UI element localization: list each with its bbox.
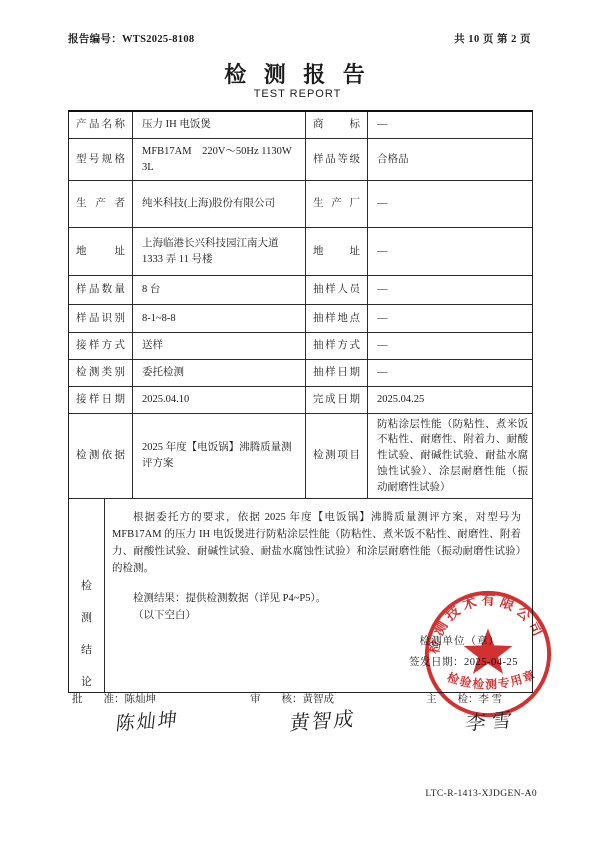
label-address-left: 地 址 [69,228,133,276]
page-count-indicator: 共 10 页 第 2 页 [454,31,531,46]
value-sampling-date: — [368,360,532,387]
conclusion-blank-note: （以下空白） [112,607,521,624]
value-address-left: 上海临港长兴科技园江南大道 1333 弄 11 号楼 [133,228,306,276]
issue-date: 签发日期：2025-04-25 [409,654,518,671]
chief-inspector-label: 主 检：李 雪 [426,691,502,706]
reviewer-signature: 黄智成 [288,702,357,736]
label-test-items: 检测项目 [306,414,368,499]
conclusion-paragraph: 根据委托方的要求，依据 2025 年度【电饭锅】沸腾质量测评方案，对型号为 MF… [112,509,521,577]
value-sample-grade: 合格品 [368,139,532,181]
value-address-right: — [368,228,532,276]
value-sampling-place: — [368,305,532,333]
value-sampling-method: — [368,333,532,360]
document-code: LTC-R-1413-XJDGEN-A0 [425,789,537,799]
value-sampling-person: — [368,276,532,305]
chief-inspector-signature: 李雪 [464,703,519,736]
value-test-category: 委托检测 [133,360,306,387]
label-test-basis: 检测依据 [69,414,133,499]
report-info-table: 产品名称 压力 IH 电饭煲 商 标 — 型号规格 MFB17AM 220V～5… [68,110,533,693]
label-manufacturer: 生产者 [69,181,133,228]
value-sample-qty: 8 台 [133,276,306,305]
conclusion-row: 检 测 结 论 根据委托方的要求，依据 2025 年度【电饭锅】沸腾质量测评方案… [69,499,532,692]
value-complete-date: 2025.04.25 [368,387,532,414]
label-model-spec: 型号规格 [69,139,133,181]
document-title: 检 测 报 告 [0,58,595,89]
value-trademark: — [368,112,532,139]
label-sample-id: 样品识别 [69,305,133,333]
approver-signature: 陈灿坤 [115,704,181,736]
conclusion-result: 检测结果：提供检测数据（详见 P4~P5）。 [112,590,521,607]
label-sample-qty: 样品数量 [69,276,133,305]
approver-label: 批 准：陈灿坤 [72,691,156,706]
label-address-right: 地 址 [306,228,368,276]
value-manufacturer: 纯米科技(上海)股份有限公司 [133,181,306,228]
value-sample-id: 8-1~8-8 [133,305,306,333]
value-test-items: 防粘涂层性能（防粘性、煮米饭不粘性、耐磨性、附着力、耐酸性试验、耐碱性试验、耐盐… [368,414,532,499]
seal-unit-label: 检测单位（章） [420,633,501,650]
label-sampling-method: 抽样方式 [306,333,368,360]
document-subtitle: TEST REPORT [0,88,595,100]
value-receive-method: 送样 [133,333,306,360]
value-receive-date: 2025.04.10 [133,387,306,414]
info-grid: 产品名称 压力 IH 电饭煲 商 标 — 型号规格 MFB17AM 220V～5… [69,112,532,499]
value-test-basis: 2025 年度【电饭锅】沸腾质量测评方案 [133,414,306,499]
conclusion-body: 根据委托方的要求，依据 2025 年度【电饭锅】沸腾质量测评方案，对型号为 MF… [105,499,532,692]
conclusion-vertical-label: 检 测 结 论 [69,499,105,692]
label-sampling-date: 抽样日期 [306,360,368,387]
label-trademark: 商 标 [306,112,368,139]
label-receive-method: 接样方式 [69,333,133,360]
value-model-spec: MFB17AM 220V～50Hz 1130W 3L [133,139,306,181]
label-sampling-place: 抽样地点 [306,305,368,333]
value-product-name: 压力 IH 电饭煲 [133,112,306,139]
label-sampling-person: 抽样人员 [306,276,368,305]
label-product-name: 产品名称 [69,112,133,139]
report-page: 报告编号：WTS2025-8108 共 10 页 第 2 页 检 测 报 告 T… [0,0,595,841]
label-sample-grade: 样品等级 [306,139,368,181]
value-factory: — [368,181,532,228]
label-factory: 生产厂 [306,181,368,228]
label-test-category: 检测类别 [69,360,133,387]
label-complete-date: 完成日期 [306,387,368,414]
report-number: 报告编号：WTS2025-8108 [68,31,194,46]
label-receive-date: 接样日期 [69,387,133,414]
